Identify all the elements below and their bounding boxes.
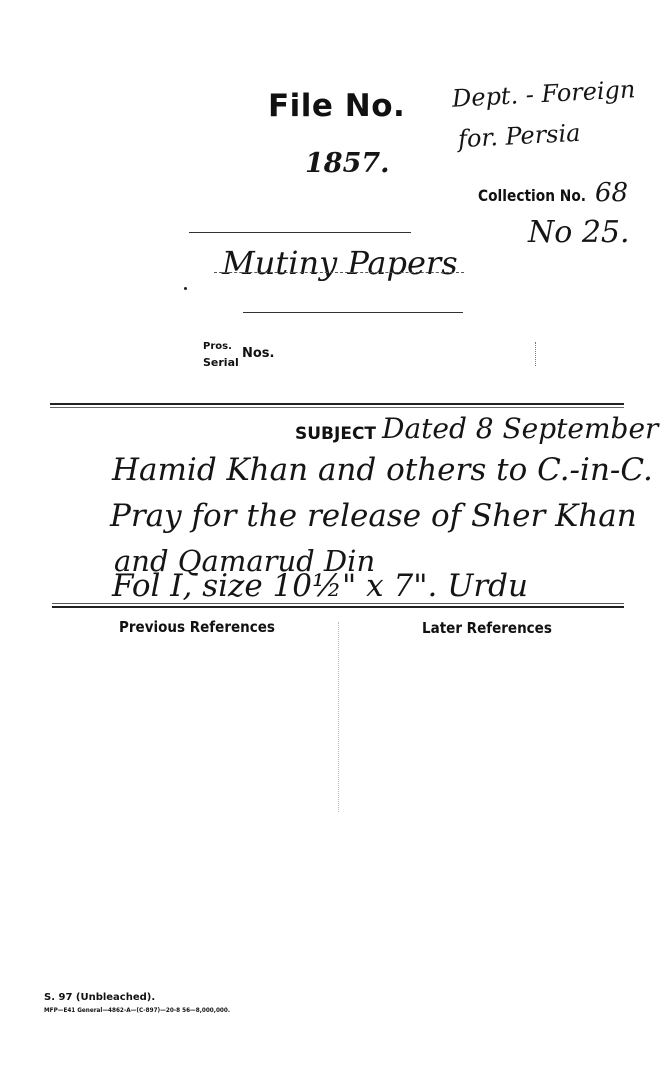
title-top-rule [189, 232, 411, 233]
subject-line-4: Fol I, size 10½" x 7". Urdu [112, 568, 528, 604]
references-column-divider [338, 622, 339, 812]
item-number: No 25. [528, 215, 630, 250]
subject-label: SUBJECT [295, 424, 376, 444]
subject-dated: Dated 8 September 1857 [382, 412, 665, 445]
handwritten-title: Mutiny Papers [222, 244, 458, 282]
subject-bottom-rule-1 [52, 603, 624, 604]
subject-top-rule-2 [50, 407, 624, 408]
subject-line-1: Hamid Khan and others to C.-in-C. [112, 452, 653, 488]
subject-line-2: Pray for the release of Sher Khan [110, 498, 637, 534]
subject-top-rule-1 [50, 403, 624, 405]
collection-value: 68 [595, 178, 628, 208]
printer-line: MFP—E41 General—4862-A—(C-897)—20-8 56—8… [44, 1007, 230, 1014]
faint-margin-mark [535, 342, 537, 366]
title-dotted-line [214, 272, 464, 273]
department-annotation-line2: for. Persia [457, 119, 581, 153]
later-references-label: Later References [422, 619, 552, 637]
stray-mark [184, 287, 187, 290]
form-number: S. 97 (Unbleached). [44, 992, 155, 1003]
title-bottom-rule [243, 312, 463, 313]
file-no-value: 1857. [305, 148, 390, 179]
collection-label: Collection No. [478, 186, 586, 205]
previous-references-label: Previous References [119, 618, 275, 636]
nos-label: Nos. [242, 346, 275, 361]
serial-label: Serial [203, 356, 239, 369]
department-annotation-line1: Dept. - Foreign [451, 75, 636, 113]
subject-bottom-rule-2 [52, 606, 624, 608]
pros-label: Pros. [203, 341, 232, 352]
file-no-label: File No. [268, 88, 405, 124]
